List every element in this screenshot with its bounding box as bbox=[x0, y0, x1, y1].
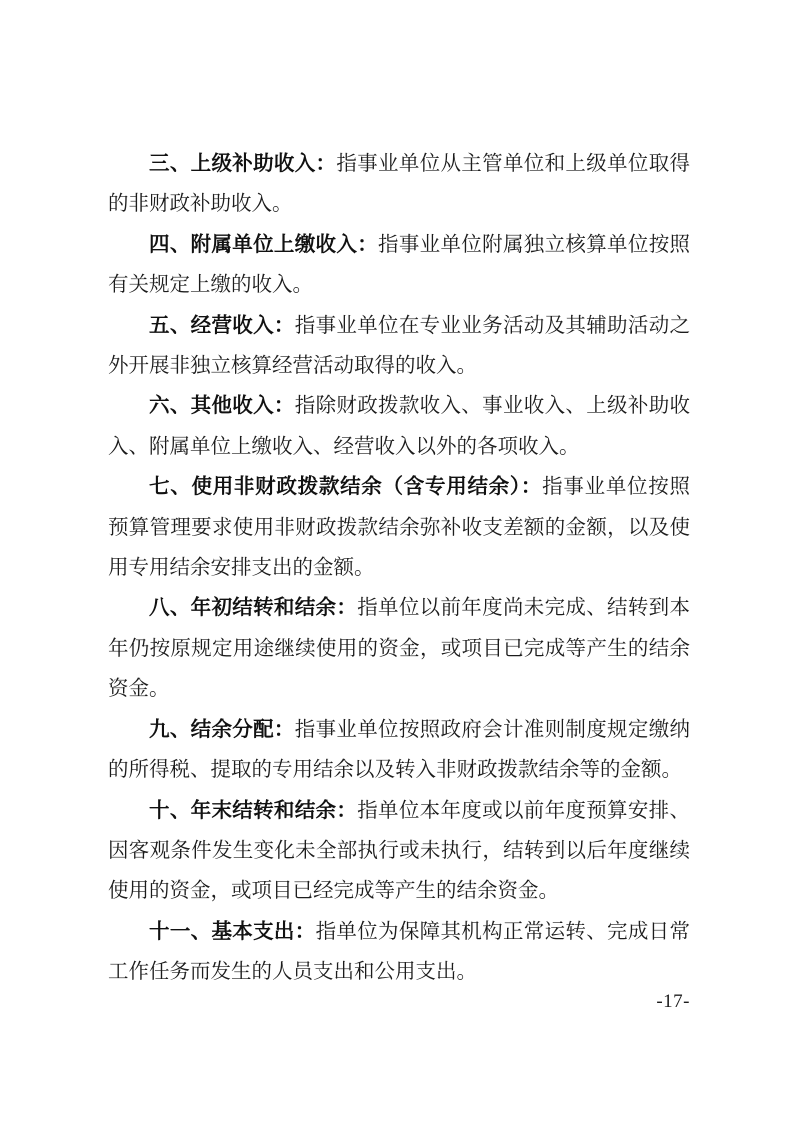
term-label: 七、使用非财政拨款结余（含专用结余）： bbox=[149, 476, 542, 498]
definition-paragraph: 九、结余分配：指事业单位按照政府会计准则制度规定缴纳的所得税、提取的专用结余以及… bbox=[108, 710, 690, 791]
definition-paragraph: 三、上级补助收入：指事业单位从主管单位和上级单位取得的非财政补助收入。 bbox=[108, 144, 690, 225]
definitions-section: 三、上级补助收入：指事业单位从主管单位和上级单位取得的非财政补助收入。 四、附属… bbox=[108, 144, 690, 993]
page-number: -17- bbox=[108, 991, 690, 1013]
term-label: 十、年末结转和结余： bbox=[149, 800, 357, 822]
definition-paragraph: 六、其他收入：指除财政拨款收入、事业收入、上级补助收入、附属单位上缴收入、经营收… bbox=[108, 386, 690, 467]
definition-paragraph: 十、年末结转和结余：指单位本年度或以前年度预算安排、因客观条件发生变化未全部执行… bbox=[108, 791, 690, 912]
definition-paragraph: 十一、基本支出：指单位为保障其机构正常运转、完成日常工作任务而发生的人员支出和公… bbox=[108, 912, 690, 993]
term-label: 五、经营收入： bbox=[149, 315, 295, 337]
term-label: 十一、基本支出： bbox=[149, 921, 316, 943]
definition-paragraph: 五、经营收入：指事业单位在专业业务活动及其辅助活动之外开展非独立核算经营活动取得… bbox=[108, 306, 690, 387]
definition-paragraph: 八、年初结转和结余：指单位以前年度尚未完成、结转到本年仍按原规定用途继续使用的资… bbox=[108, 588, 690, 709]
document-page: 三、上级补助收入：指事业单位从主管单位和上级单位取得的非财政补助收入。 四、附属… bbox=[0, 0, 794, 1122]
term-label: 三、上级补助收入： bbox=[149, 153, 336, 175]
term-label: 四、附属单位上缴收入： bbox=[149, 234, 378, 256]
term-label: 八、年初结转和结余： bbox=[149, 597, 357, 619]
term-label: 九、结余分配： bbox=[149, 719, 295, 741]
term-label: 六、其他收入： bbox=[149, 395, 295, 417]
definition-paragraph: 四、附属单位上缴收入：指事业单位附属独立核算单位按照有关规定上缴的收入。 bbox=[108, 225, 690, 306]
definition-paragraph: 七、使用非财政拨款结余（含专用结余）：指事业单位按照预算管理要求使用非财政拨款结… bbox=[108, 467, 690, 588]
